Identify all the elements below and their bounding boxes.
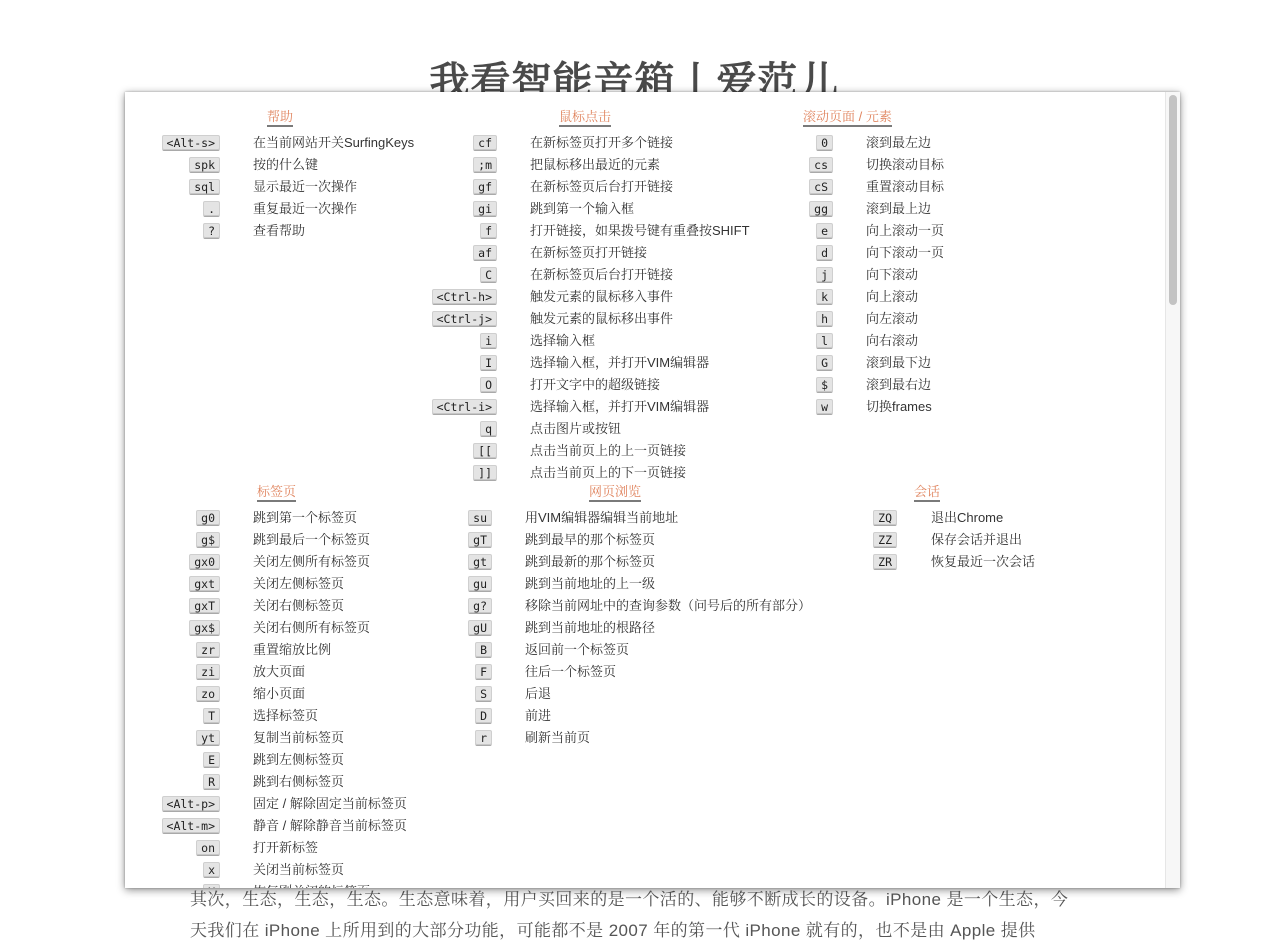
shortcut-row: E跳到左侧标签页 <box>125 749 1165 771</box>
shortcut-key: C <box>480 267 497 283</box>
shortcut-row: O打开文字中的超级链接 <box>125 374 1165 396</box>
shortcut-key: zr <box>196 642 220 658</box>
shortcut-row: x关闭当前标签页 <box>125 859 1165 881</box>
shortcut-key: gxT <box>189 598 220 614</box>
shortcut-key: q <box>480 421 497 437</box>
shortcut-description: 显示最近一次操作 <box>253 178 357 196</box>
shortcut-row: <Ctrl-h>触发元素的鼠标移入事件 <box>125 286 1165 308</box>
shortcut-description: 关闭左侧所有标签页 <box>253 553 370 571</box>
shortcut-description: 跳到第一个标签页 <box>253 509 357 527</box>
shortcut-description: 放大页面 <box>253 663 305 681</box>
shortcut-description: 关闭右侧所有标签页 <box>253 619 370 637</box>
shortcut-description: 重置缩放比例 <box>253 641 331 659</box>
shortcut-description: 选择标签页 <box>253 707 318 725</box>
shortcut-key: sql <box>189 179 220 195</box>
shortcut-description: 跳到右侧标签页 <box>253 773 344 791</box>
shortcut-row: q点击图片或按钮 <box>125 418 1165 440</box>
shortcut-description: 跳到左侧标签页 <box>253 751 344 769</box>
panel-scrollbar[interactable] <box>1165 92 1180 888</box>
shortcut-row: <Alt-s>在当前网站开关SurfingKeys <box>125 132 1165 154</box>
shortcut-row: spk按的什么键 <box>125 154 1165 176</box>
shortcut-key: [[ <box>473 443 497 459</box>
shortcut-key: I <box>480 355 497 371</box>
shortcut-key: <Ctrl-i> <box>432 399 497 415</box>
shortcut-description: 跳到最后一个标签页 <box>253 531 370 549</box>
shortcut-description: 静音 / 解除静音当前标签页 <box>253 817 407 835</box>
shortcut-key: spk <box>189 157 220 173</box>
shortcut-description: 重复最近一次操作 <box>253 200 357 218</box>
shortcut-description: 在当前网站开关SurfingKeys <box>253 134 414 152</box>
shortcut-key: O <box>480 377 497 393</box>
shortcut-row: g0跳到第一个标签页 <box>125 507 1165 529</box>
shortcut-row: gxT关闭右侧标签页 <box>125 595 1165 617</box>
shortcut-description: 缩小页面 <box>253 685 305 703</box>
shortcut-key: g0 <box>196 510 220 526</box>
shortcut-row: <Ctrl-j>触发元素的鼠标移出事件 <box>125 308 1165 330</box>
shortcut-row: sql显示最近一次操作 <box>125 176 1165 198</box>
shortcut-row: on打开新标签 <box>125 837 1165 859</box>
shortcut-key: <Alt-p> <box>162 796 220 812</box>
shortcut-description: 点击当前页上的下一页链接 <box>530 464 686 482</box>
shortcut-key: yt <box>196 730 220 746</box>
shortcut-key: i <box>480 333 497 349</box>
scrollbar-thumb[interactable] <box>1169 95 1177 305</box>
shortcut-key: <Alt-s> <box>162 135 220 151</box>
article-body: 其次，生态，生态，生态。生态意味着，用户买回来的是一个活的、能够不断成长的设备。… <box>190 884 1090 944</box>
shortcut-key: E <box>203 752 220 768</box>
shortcut-key: <Ctrl-h> <box>432 289 497 305</box>
shortcut-row: gx0关闭左侧所有标签页 <box>125 551 1165 573</box>
shortcut-row: C在新标签页后台打开链接 <box>125 264 1165 286</box>
shortcut-key: . <box>203 201 220 217</box>
shortcut-description: 点击当前页上的上一页链接 <box>530 442 686 460</box>
shortcut-row: T选择标签页 <box>125 705 1165 727</box>
shortcut-row: I选择输入框，并打开VIM编辑器 <box>125 352 1165 374</box>
shortcut-row: gx$关闭右侧所有标签页 <box>125 617 1165 639</box>
shortcut-key: gx0 <box>189 554 220 570</box>
shortcut-key: <Alt-m> <box>162 818 220 834</box>
shortcut-key: ? <box>203 223 220 239</box>
section-title: 标签页 <box>257 484 296 502</box>
shortcut-key: g$ <box>196 532 220 548</box>
section-title: 会话 <box>914 484 940 502</box>
shortcut-description: 选择输入框 <box>530 332 595 350</box>
shortcut-key: gxt <box>189 576 220 592</box>
shortcut-description: 固定 / 解除固定当前标签页 <box>253 795 407 813</box>
article-line: 其次，生态，生态，生态。生态意味着，用户买回来的是一个活的、能够不断成长的设备。… <box>190 884 1090 915</box>
shortcut-row: af在新标签页打开链接 <box>125 242 1165 264</box>
shortcut-row: <Ctrl-i>选择输入框，并打开VIM编辑器 <box>125 396 1165 418</box>
shortcut-key: R <box>203 774 220 790</box>
shortcut-description: 关闭当前标签页 <box>253 861 344 879</box>
shortcut-key: zi <box>196 664 220 680</box>
shortcut-row: [[点击当前页上的上一页链接 <box>125 440 1165 462</box>
shortcut-key: on <box>196 840 220 856</box>
shortcut-description: 打开新标签 <box>253 839 318 857</box>
shortcut-description: 复制当前标签页 <box>253 729 344 747</box>
shortcut-key: ]] <box>473 465 497 481</box>
shortcut-row: zo缩小页面 <box>125 683 1165 705</box>
shortcut-row: i选择输入框 <box>125 330 1165 352</box>
article-line: 天我们在 iPhone 上所用到的大部分功能，可能都不是 2007 年的第一代 … <box>190 915 1090 944</box>
shortcut-key: gx$ <box>189 620 220 636</box>
shortcut-row: zr重置缩放比例 <box>125 639 1165 661</box>
shortcut-key: zo <box>196 686 220 702</box>
surfingkeys-help-panel: 会话ZQ退出ChromeZZ保存会话并退出ZR恢复最近一次会话网页浏览su用VI… <box>125 92 1180 888</box>
shortcut-description: 打开文字中的超级链接 <box>530 376 660 394</box>
shortcut-row: yt复制当前标签页 <box>125 727 1165 749</box>
shortcut-description: 点击图片或按钮 <box>530 420 621 438</box>
shortcut-row: <Alt-p>固定 / 解除固定当前标签页 <box>125 793 1165 815</box>
shortcut-description: 选择输入框，并打开VIM编辑器 <box>530 398 709 416</box>
shortcut-description: 查看帮助 <box>253 222 305 240</box>
shortcut-row: <Alt-m>静音 / 解除静音当前标签页 <box>125 815 1165 837</box>
shortcut-description: 按的什么键 <box>253 156 318 174</box>
shortcut-row: R跳到右侧标签页 <box>125 771 1165 793</box>
section-title: 滚动页面 / 元素 <box>803 109 892 127</box>
shortcut-description: 关闭左侧标签页 <box>253 575 344 593</box>
section-title: 鼠标点击 <box>559 109 611 127</box>
section-title: 网页浏览 <box>589 484 641 502</box>
shortcut-key: X <box>203 884 220 888</box>
shortcut-key: <Ctrl-j> <box>432 311 497 327</box>
shortcut-description: 触发元素的鼠标移出事件 <box>530 310 673 328</box>
shortcut-row: g$跳到最后一个标签页 <box>125 529 1165 551</box>
shortcut-description: 触发元素的鼠标移入事件 <box>530 288 673 306</box>
shortcut-row: ?查看帮助 <box>125 220 1165 242</box>
shortcut-row: .重复最近一次操作 <box>125 198 1165 220</box>
shortcut-row: ]]点击当前页上的下一页链接 <box>125 462 1165 484</box>
shortcut-row: gxt关闭左侧标签页 <box>125 573 1165 595</box>
shortcut-description: 关闭右侧标签页 <box>253 597 344 615</box>
section-title: 帮助 <box>267 109 293 127</box>
shortcut-key: T <box>203 708 220 724</box>
shortcut-description: 在新标签页打开链接 <box>530 244 647 262</box>
shortcut-description: 在新标签页后台打开链接 <box>530 266 673 284</box>
shortcut-description: 选择输入框，并打开VIM编辑器 <box>530 354 709 372</box>
shortcut-key: af <box>473 245 497 261</box>
shortcut-row: X恢复刚关闭的标签页 <box>125 881 1165 888</box>
shortcut-row: zi放大页面 <box>125 661 1165 683</box>
shortcut-description: 恢复刚关闭的标签页 <box>253 883 370 888</box>
shortcut-key: x <box>203 862 220 878</box>
